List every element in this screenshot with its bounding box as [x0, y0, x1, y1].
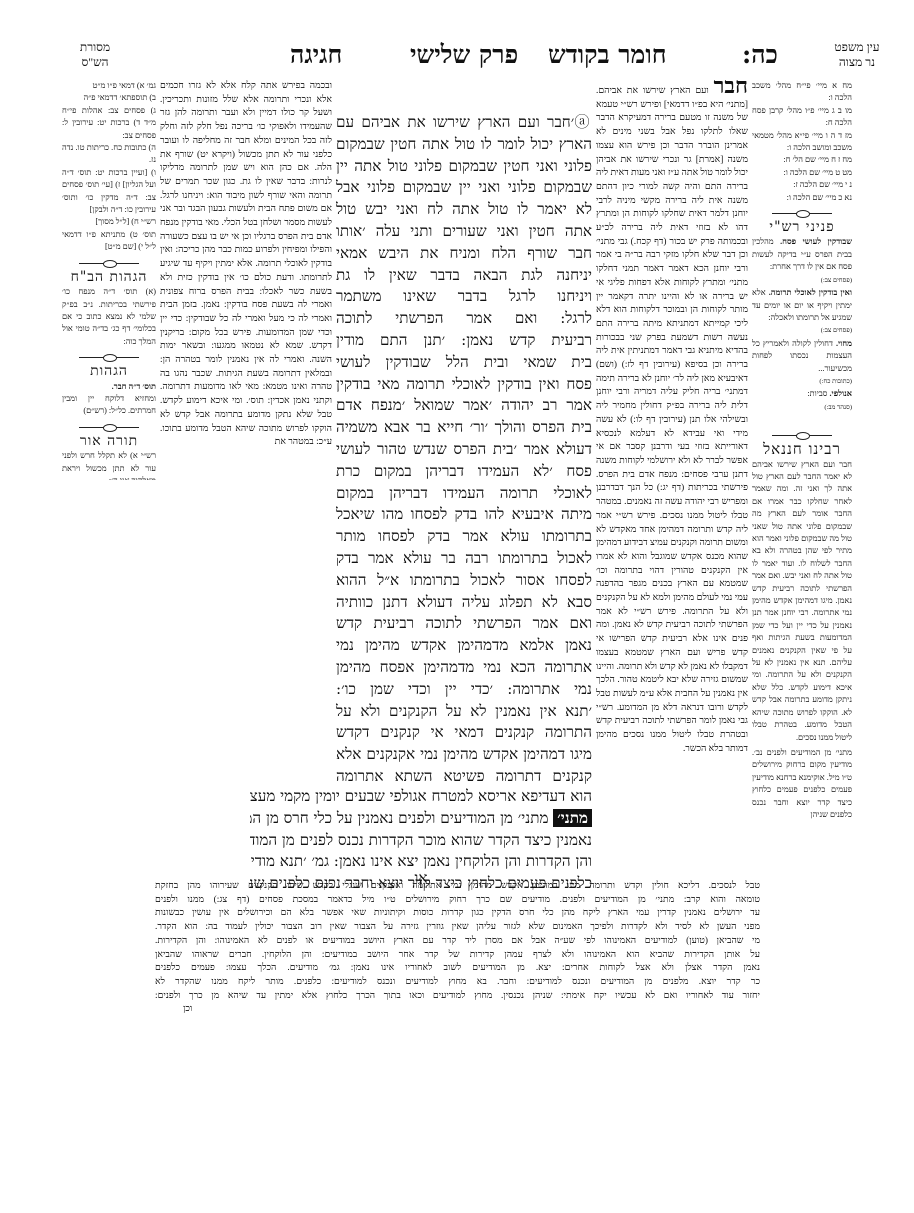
- pninei-rashi-entry: אנולפי. סביות:(סנהד מב:): [752, 388, 852, 414]
- gemara-line: קנקנים דתרומה פשיטא השתא אתרומה: [336, 766, 592, 788]
- gemara-line: ⓐ׳חבר ועם הארץ שירשו את אביהם עם: [336, 112, 592, 134]
- entry-head: ואין בודקין לאוכלי תרומה.: [769, 288, 852, 297]
- torah-or-text: רש״י א) לא תקלל חרש ולפני עור לא תתן מכש…: [62, 450, 156, 480]
- rashi-column: ובכמה בפירש אתה קלח אלא לא גזרו חכמים אל…: [160, 80, 332, 870]
- masoret-label-text: מסורת הש"ס: [80, 40, 110, 69]
- mishnah-label: מתני׳: [553, 809, 592, 827]
- hagahot-title: הגהות: [62, 365, 156, 377]
- tosafot-text: ועם הארץ שירשו את אביהם. [מתני׳ היא בפ״ו…: [596, 86, 748, 754]
- gemara-line: יניחנה לגת הבאה בדבר שאין לו גת: [336, 265, 592, 287]
- gemara-line: נאמן אלמא מדמהימן אקדש מהימן נמי: [336, 635, 592, 657]
- rabbeinu-chananel-title: רבינו חננאל: [752, 443, 852, 455]
- gemara-line: שבמקום פלוני ואני יין שבמקום פלוני אבל: [336, 177, 592, 199]
- ein-mishpat-list: מח א מיי׳ פי״ח מהל׳ משכב הלכה ו: מו ב ג …: [752, 80, 852, 204]
- gemara-line: הארץ יכול לומר לו טול אתה חטין שבמקום: [336, 134, 592, 156]
- entry-ref: (סנהד מב:): [824, 404, 852, 411]
- gemara-line: רביעית קדש נאמן: ׳תנן התם מודין: [336, 330, 592, 352]
- gemara-line: בתרומתו עולא אמר בדק לפסחו מותר: [336, 526, 592, 548]
- masoret-entry: ג) פסחים צב: אהלות פי״ח מ״ד ד) ברכות יט:…: [62, 105, 156, 142]
- rashi-bottom-catchword: וכן: [155, 1003, 760, 1017]
- ein-mishpat-entry: מח ז ח מיי׳ שם הל׳ ח:: [752, 154, 852, 166]
- ornament-divider: [772, 432, 832, 439]
- rabbeinu-chananel-text: חבר ועם הארץ שירשו אביהם לא יאמר החבר לע…: [752, 459, 852, 744]
- pninei-rashi-title: פניני רש"י: [752, 221, 852, 233]
- gemara-line: חבר שורף הלח ומניח את היבש אמאי: [336, 243, 592, 265]
- mishnah-line-text: מתני׳ מן המודיעים ולפנים נאמנין על כלי ח…: [250, 809, 548, 827]
- pninei-rashi-list: שבודקין לעושי פסח. מהלכין בבית הפרס ע״י …: [752, 236, 852, 414]
- left-margin-column: גמ׳ א) דמאי פ״ו מ״ט ב) תוספתא׳ דדמאי פ״ה…: [62, 80, 156, 480]
- gemara-line: נמי אתרומה: ׳כדי יין וכדי שמן כו׳:: [336, 679, 592, 701]
- hagahot-sub: תוס׳ ד״ה חבר.: [62, 381, 156, 393]
- hagahot-text: ומחזיא דלוקח יין ומבין חמרתים. כל״ל: (רש…: [62, 393, 156, 418]
- rashi-bottom-line: מי שהביאן (טוען) למודיעים האמינוהו לפי ש…: [155, 935, 760, 949]
- gemara-column: ⓐ׳חבר ועם הארץ שירשו את אביהם עם הארץ יכ…: [336, 112, 592, 802]
- gemara-line: ׳תנא אין נאמנין לא על הקנקנים ולא על: [336, 701, 592, 723]
- masoret-entry: גמ׳ א) דמאי פ״ו מ״ט: [62, 80, 156, 92]
- rashi-bottom-block: טבל לנסכים. דליכא חולין וקדש ותרומה מיגו…: [155, 880, 760, 1030]
- masoret-hashas-label: מסורת הש"ס: [60, 40, 130, 70]
- ein-mishpat-label-text: עין משפט נר מצוה: [834, 40, 879, 69]
- pninei-rashi-entry: ואין בודקין לאוכלי תרומה. אלא ימתין ויקי…: [752, 287, 852, 338]
- ein-mishpat-entry: נא כ מיי׳ שם הלכה ו:: [752, 192, 852, 204]
- masoret-entry: ב) תוספתא׳ דדמאי פ״ה: [62, 92, 156, 104]
- gemara-line: מיתה איבעיא להו בדק לפסחו מהו שיאכל: [336, 504, 592, 526]
- entry-text: סביות:: [807, 389, 827, 398]
- entry-ref: (פסחים צב:): [821, 277, 852, 284]
- gemara-line: בית הפרס והולך ׳ור׳ חייא בר אבא משמיה: [336, 417, 592, 439]
- gemara-line: אתה חטין ואני שעורים ותני עלה ׳אותו: [336, 221, 592, 243]
- entry-head: שבודקין לעושי פסח.: [780, 237, 852, 246]
- masoret-hashas-list: גמ׳ א) דמאי פ״ו מ״ט ב) תוספתא׳ דדמאי פ״ה…: [62, 80, 156, 254]
- tosafot-opening-word: חבר: [714, 80, 748, 99]
- gemara-line: לרגל: ואם אמר הפרשתי לתוכה: [336, 308, 592, 330]
- gemara-line: ויניחנו לרגל בדבר שאינו משתמר: [336, 286, 592, 308]
- rashi-bottom-line: מפני העשן לא לסיד ולא לקדרות ולפיכך האמי…: [155, 921, 760, 935]
- gemara-line: לאוכלי תרומה העמידו דבריהן במקום: [336, 483, 592, 505]
- gemara-line: דעולא אמר ׳בית הפרס שנדש טהור לעושי: [336, 439, 592, 461]
- right-margin-column: מח א מיי׳ פי״ח מהל׳ משכב הלכה ו: מו ב ג …: [752, 80, 852, 870]
- masoret-entry: תוס׳ ט) מתניתא פ״ו דדמאי ל״ל י) [שם מ״ט]: [62, 229, 156, 254]
- ein-mishpat-entry: נ י מיי׳ שם הלכה ז:: [752, 179, 852, 191]
- chapter-name: חומר בקודש: [548, 40, 667, 70]
- rabbeinu-chananel-mishnah: מתני׳ מן המודיעים ולפנים נב׳. מודיעין מק…: [752, 747, 852, 821]
- mishnah-line: הוא דעדיפא אריסא למטרח אגולפי שבעים יומי…: [250, 786, 592, 808]
- torah-or-title: תורה אור: [62, 435, 156, 447]
- ein-mishpat-entry: מח א מיי׳ פי״ח מהל׳ משכב הלכה ו:: [752, 80, 852, 105]
- rashi-bottom-line: טומאה והוא קרב: מתני׳ מן המודיעים ולפנים…: [155, 894, 760, 908]
- talmud-page: עין משפט נר מצוה כה: חומר בקודש פרק שליש…: [0, 0, 914, 1213]
- ein-mishpat-entry: מט ט מיי׳ שם הלכה ו:: [752, 167, 852, 179]
- gemara-line: פסח ואין בודקין לאוכלי תרומה מאי בודקין: [336, 374, 592, 396]
- gemara-line: פלוני ואני חטין שבמקום פלוני טול אתה יין: [336, 156, 592, 178]
- ein-mishpat-label: עין משפט נר מצוה: [822, 40, 892, 70]
- masoret-entry: ו) [ועיין ברכות יט: תוס׳ ד״ה ועל הגליון]…: [62, 167, 156, 217]
- mishnah-line: נאמנין כיצד הקדר שהוא מוכר הקדרות נכנס ל…: [250, 830, 592, 852]
- ornament-divider: [79, 260, 139, 267]
- hagahot-habach-title: הגהות הב"ח: [62, 271, 156, 283]
- gemara-line: בית שמאי ובית הלל שבודקין לעושי: [336, 352, 592, 374]
- gemara-line: מיגו דמהימן אקדש מהימן נמי אקנקנים אלא: [336, 744, 592, 766]
- rashi-text: ובכמה בפירש אתה קלח אלא לא גזרו חכמים אל…: [160, 81, 332, 447]
- gemara-line: ואם אמר הפרשתי לתוכה רביעית קדש: [336, 613, 592, 635]
- ein-mishpat-entry: מו ב ג מיי׳ פ״ו מהל׳ קרבן פסח הלכה ח:: [752, 105, 852, 130]
- ornament-divider: [79, 354, 139, 361]
- tractate-name: חגיגה: [290, 40, 342, 70]
- gemara-line: לא יאמר לו טול אתה לח ואני יבש טול: [336, 199, 592, 221]
- masoret-entry: רש״י ח) [ל״ל מסוך]: [62, 216, 156, 228]
- rashi-bottom-line: טבל לנסכים. דליכא חולין וקדש ותרומה מיגו…: [155, 880, 760, 894]
- gemara-line: לאכול בתרומתו רבה בר עולא אמר בדק: [336, 548, 592, 570]
- entry-head: אנולפי.: [830, 389, 853, 398]
- entry-head: מחוי.: [836, 339, 852, 348]
- rashi-bottom-line: יחזור עוד לאחוריו ואם לא עכשיו יקח אימתי…: [155, 990, 760, 1004]
- masoret-entry: ה) כתובות כח. כריתות טו. נדה נז.: [62, 142, 156, 167]
- pninei-rashi-entry: שבודקין לעושי פסח. מהלכין בבית הפרס ע״י …: [752, 236, 852, 287]
- daf-number: כה:: [742, 40, 778, 70]
- tosafot-column: חבר ועם הארץ שירשו את אביהם. [מתני׳ היא …: [596, 80, 748, 775]
- gemara-line: פסח ׳לא העמידו דבריהן במקום כרת: [336, 461, 592, 483]
- rashi-bottom-line: נאמן הקדר אצלן ולא אצל לקוחות אחרים: יצא…: [155, 962, 760, 976]
- rashi-bottom-line: כר קדר יוצא. מלפנים מן המודיעים ונכנס למ…: [155, 976, 760, 990]
- gemara-line: אתרומה הכא נמי מדמהימן אפסח מהימן: [336, 657, 592, 679]
- ornament-divider: [79, 424, 139, 431]
- gemara-line: התרומה קנקנים דמאי אי קנקנים דקדש: [336, 722, 592, 744]
- entry-ref: (כתובות כח:): [819, 378, 852, 385]
- mishnah-line: מתני׳ מתני׳ מן המודיעים ולפנים נאמנין על…: [250, 808, 592, 830]
- ein-mishpat-entry: מז ד ה ו מיי׳ פי״א מהל׳ מטמאי משכב ומושב…: [752, 130, 852, 155]
- gemara-line: לפסחו אסור לאכול בתרומתו א״ל ההוא: [336, 570, 592, 592]
- entry-ref: (פסחים צב:): [821, 327, 852, 334]
- chapter-number: פרק שלישי: [410, 40, 518, 70]
- rashi-bottom-line: על אותן הקדירות שהביא הוא האמינוהו ולא ל…: [155, 949, 760, 963]
- pninei-rashi-entry: מחוי. דחולין לקולה ולאמריץ כל העצמות נכס…: [752, 338, 852, 389]
- ornament-divider: [772, 210, 832, 217]
- gemara-line: סבא לא תפלוג עליה דעולא דתנן כוותיה: [336, 592, 592, 614]
- hagahot-habach-text: (א) תוס׳ ד״ה מנפח כו׳ פירשתי בכריתות. נ״…: [62, 286, 156, 348]
- rashi-bottom-line: עד ירושלים נאמנין קדרין עמי הארץ ליקח מה…: [155, 907, 760, 921]
- gemara-line: אמר רב יהודה ׳אמר שמואל ׳מנפח אדם: [336, 395, 592, 417]
